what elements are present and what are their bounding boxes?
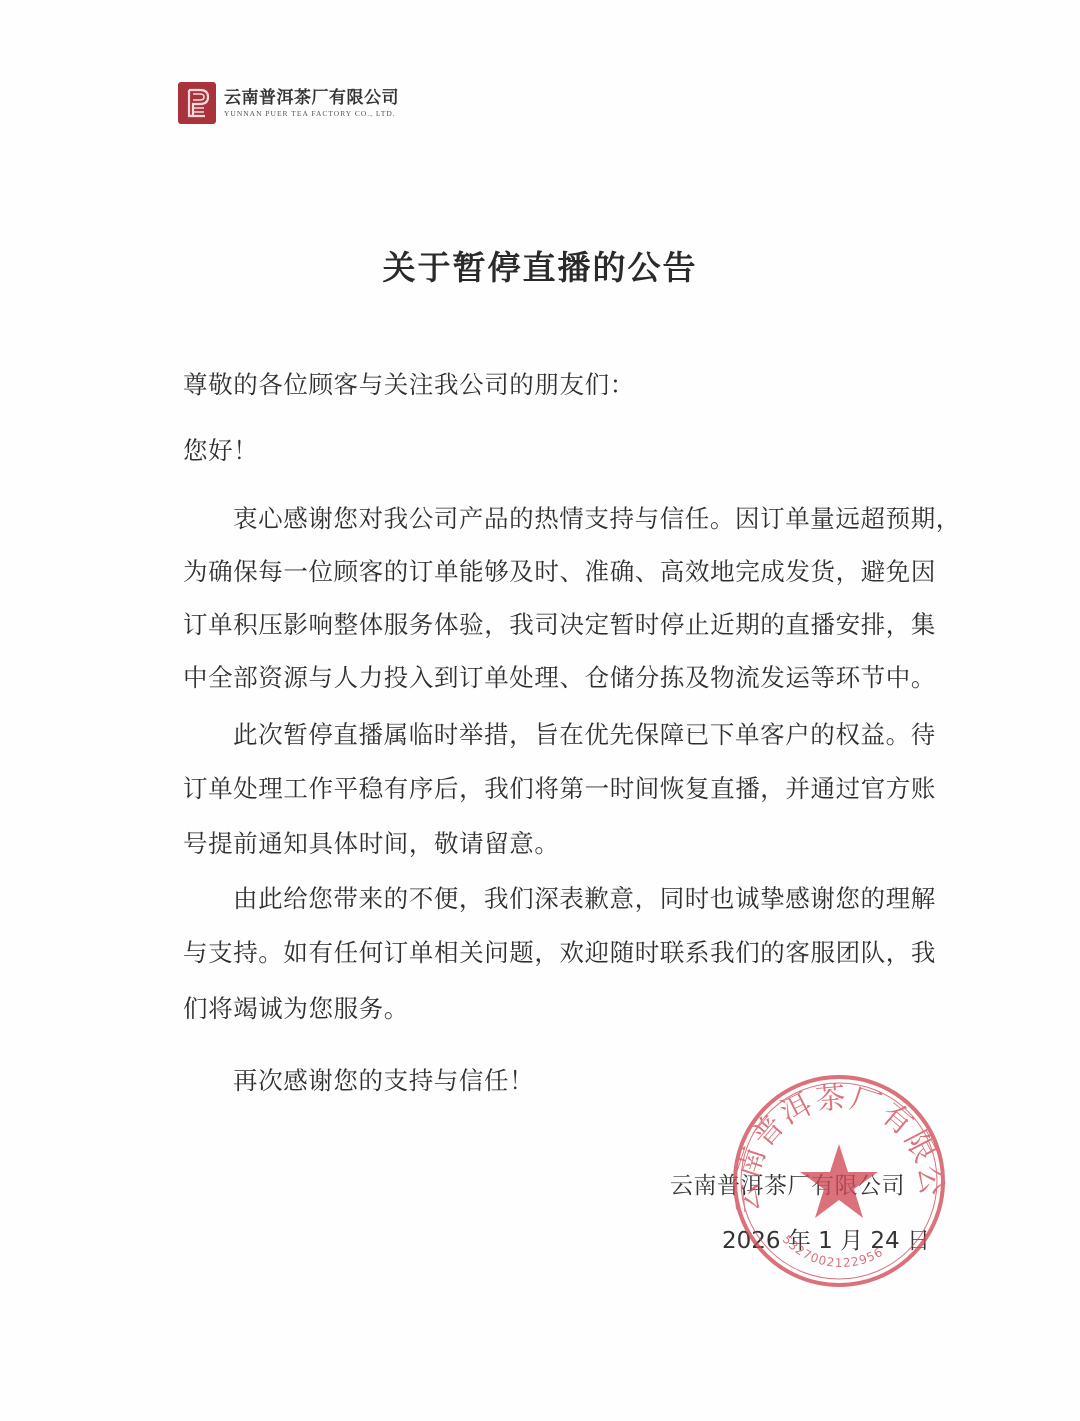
signature-date: 2026 年 1 月 24 日 <box>722 1222 930 1255</box>
paragraph-line: 与支持。如有任何订单相关问题，欢迎随时联系我们的客服团队，我 <box>183 934 936 969</box>
greeting: 您好！ <box>183 432 258 467</box>
letterhead: 云南普洱茶厂有限公司 YUNNAN PUER TEA FACTORY CO., … <box>178 82 399 124</box>
paragraph-line: 衷心感谢您对我公司产品的热情支持与信任。因订单量远超预期， <box>183 500 961 535</box>
salutation: 尊敬的各位顾客与关注我公司的朋友们： <box>183 366 635 401</box>
paragraph-line: 们将竭诚为您服务。 <box>183 990 409 1025</box>
paragraph-line: 订单处理工作平稳有序后，我们将第一时间恢复直播，并通过官方账 <box>183 770 936 805</box>
paragraph-line: 由此给您带来的不便，我们深表歉意，同时也诚挚感谢您的理解 <box>183 880 936 915</box>
document-page: 云南普洱茶厂有限公司 YUNNAN PUER TEA FACTORY CO., … <box>0 0 1080 1421</box>
letterhead-company-cn: 云南普洱茶厂有限公司 <box>224 88 399 108</box>
paragraph-line: 号提前通知具体时间，敬请留意。 <box>183 825 560 860</box>
paragraph-line: 为确保每一位顾客的订单能够及时、准确、高效地完成发货，避免因 <box>183 553 936 588</box>
company-logo-icon <box>178 82 216 124</box>
letterhead-company-en: YUNNAN PUER TEA FACTORY CO., LTD. <box>224 109 399 119</box>
paragraph-line: 订单积压影响整体服务体验，我司决定暂时停止近期的直播安排，集 <box>183 606 936 641</box>
paragraph-line: 中全部资源与人力投入到订单处理、仓储分拣及物流发运等环节中。 <box>183 659 936 694</box>
paragraph-line: 此次暂停直播属临时举措，旨在优先保障已下单客户的权益。待 <box>183 716 936 751</box>
closing-line: 再次感谢您的支持与信任！ <box>183 1062 534 1097</box>
page-title: 关于暂停直播的公告 <box>0 242 1080 289</box>
signature-company: 云南普洱茶厂有限公司 <box>670 1167 905 1200</box>
